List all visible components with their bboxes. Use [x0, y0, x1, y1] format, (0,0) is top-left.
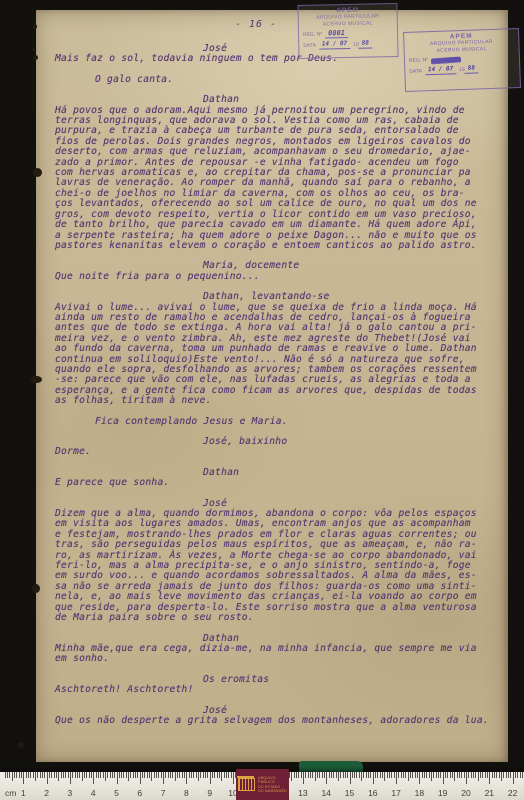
ruler-tick — [75, 772, 76, 778]
ruler-tick — [23, 772, 24, 784]
ruler-tick — [408, 772, 409, 781]
ruler-tick — [16, 772, 17, 778]
archive-logo: ARQUIVO PÚBLICO DO ESTADO DO MARANHÃO — [236, 769, 289, 800]
ruler-tick — [431, 772, 432, 781]
ruler-unit-label: cm — [5, 788, 16, 798]
archive-stamp: APEM ARQUIVO PARTICULAR ACERVO MUSICAL R… — [403, 28, 521, 92]
ruler-tick — [44, 772, 45, 778]
ruler-number: 4 — [91, 788, 96, 798]
ruler-tick — [403, 772, 404, 778]
archive-logo-text: ARQUIVO PÚBLICO DO ESTADO DO MARANHÃO — [258, 776, 287, 793]
ruler-number: 9 — [207, 788, 212, 798]
ruler-tick — [366, 772, 367, 778]
ruler-tick — [140, 772, 141, 784]
ruler-tick — [128, 772, 129, 781]
ruler-tick — [89, 772, 90, 778]
ruler-tick — [70, 772, 71, 784]
ruler-tick — [443, 772, 444, 784]
ruler-tick — [105, 772, 106, 781]
ink-spot — [33, 24, 37, 29]
ruler-number: 17 — [391, 788, 400, 798]
stamp-reg-scribble — [431, 57, 461, 65]
ruler-tick — [98, 772, 99, 778]
ruler-tick — [165, 772, 166, 778]
ruler-tick — [147, 772, 148, 778]
palace-building-icon — [238, 778, 255, 791]
ruler-tick — [154, 772, 155, 778]
ruler-tick — [123, 772, 124, 778]
ruler-tick — [86, 772, 87, 778]
character-heading: Os eromitas — [203, 675, 500, 685]
ink-spot — [33, 55, 38, 60]
ruler-tick — [93, 772, 94, 784]
ruler-tick — [203, 772, 204, 778]
ruler-tick — [368, 772, 369, 778]
ruler-tick — [205, 772, 206, 778]
ruler-tick — [130, 772, 131, 778]
ruler-number: 21 — [485, 788, 494, 798]
dialogue-line: pastores kenanitas elevem o coração e en… — [55, 241, 500, 251]
ruler-tick — [480, 772, 481, 778]
ruler-tick — [103, 772, 104, 778]
ruler-tick — [193, 772, 194, 778]
dialogue-paragraph: Há povos que o adoram.Aqui mesmo já pern… — [55, 106, 500, 252]
ruler-tick — [352, 772, 353, 778]
ruler-tick — [494, 772, 495, 778]
ruler-tick — [54, 772, 55, 778]
ruler-number: 2 — [44, 788, 49, 798]
ruler-tick — [326, 772, 327, 784]
ruler-tick — [315, 772, 316, 781]
ruler-tick — [447, 772, 448, 778]
ink-spot — [31, 376, 42, 383]
stamp-year-hand: 88 — [465, 64, 479, 73]
ruler-tick — [361, 772, 362, 781]
ruler-tick — [489, 772, 490, 784]
ruler-tick — [338, 772, 339, 781]
ruler-tick — [310, 772, 311, 778]
ruler-tick — [312, 772, 313, 778]
document-page: - 16 - JoséMais faz o sol, todavia ningu… — [36, 10, 508, 762]
ruler-tick — [301, 772, 302, 778]
ruler-tick — [501, 772, 502, 781]
ruler-number: 7 — [161, 788, 166, 798]
ruler-tick — [298, 772, 299, 778]
ruler-tick — [51, 772, 52, 778]
dialogue-line: de tanto brilho, que parecia cavado em u… — [55, 220, 500, 230]
ruler-tick — [228, 772, 229, 778]
ruler-tick — [375, 772, 376, 778]
ruler-tick — [305, 772, 306, 778]
ruler-tick — [186, 772, 187, 784]
ruler-tick — [107, 772, 108, 778]
ruler-tick — [163, 772, 164, 784]
ruler-tick — [144, 772, 145, 778]
ruler-tick — [21, 772, 22, 778]
ruler-tick — [333, 772, 334, 778]
script-body: JoséMais faz o sol, todavia ninguem o te… — [55, 44, 500, 726]
ruler-tick — [356, 772, 357, 778]
ruler-tick — [317, 772, 318, 778]
ruler-tick — [454, 772, 455, 781]
ruler-tick — [219, 772, 220, 778]
ruler-tick — [226, 772, 227, 778]
ruler-number: 13 — [298, 788, 307, 798]
ruler-tick — [492, 772, 493, 778]
ruler-tick — [410, 772, 411, 778]
ruler-tick — [377, 772, 378, 778]
ruler-tick — [322, 772, 323, 778]
ruler-tick — [191, 772, 192, 778]
ruler-tick — [172, 772, 173, 778]
ruler-tick — [340, 772, 341, 778]
ruler-tick — [380, 772, 381, 778]
ruler-tick — [401, 772, 402, 778]
ruler-tick — [517, 772, 518, 778]
ink-spot — [32, 48, 35, 51]
ruler-tick — [520, 772, 521, 778]
ruler-tick — [177, 772, 178, 778]
ruler-tick — [30, 772, 31, 778]
ruler-tick — [499, 772, 500, 778]
ruler-tick — [77, 772, 78, 778]
ruler-tick — [336, 772, 337, 778]
ruler-tick — [415, 772, 416, 778]
dialogue-paragraph: Minha mãe,que era cega, dizia-me, na min… — [55, 644, 500, 665]
ruler-tick — [35, 772, 36, 781]
ruler-tick — [445, 772, 446, 778]
ruler-tick — [331, 772, 332, 778]
ruler-tick — [426, 772, 427, 778]
ink-spot — [33, 168, 42, 177]
stage-direction: Fica contemplando Jesus e Maria. — [95, 417, 500, 427]
ruler-tick — [419, 772, 420, 784]
ruler-tick — [345, 772, 346, 778]
ruler-tick — [370, 772, 371, 778]
ruler-tick — [189, 772, 190, 778]
ruler-tick — [65, 772, 66, 778]
ruler-tick — [126, 772, 127, 778]
ruler-tick — [354, 772, 355, 778]
ruler-tick — [184, 772, 185, 778]
ruler-number: 1 — [21, 788, 26, 798]
ruler-tick — [91, 772, 92, 778]
ruler-tick — [324, 772, 325, 778]
stamp-date-label: DATA — [409, 67, 422, 75]
ruler-tick — [384, 772, 385, 781]
ruler-tick — [79, 772, 80, 778]
ruler-tick — [457, 772, 458, 778]
dialogue-line: de Maria paira sobre o seu rosto. — [55, 613, 500, 623]
ruler-tick — [459, 772, 460, 778]
ruler-tick — [200, 772, 201, 778]
ruler-tick — [412, 772, 413, 778]
ruler-tick — [343, 772, 344, 778]
ruler-tick — [508, 772, 509, 778]
ruler-tick — [468, 772, 469, 778]
ruler-number: 19 — [438, 788, 447, 798]
ruler-tick — [68, 772, 69, 778]
stamp-date-value: 14 / 07 — [319, 40, 350, 50]
ruler-tick — [221, 772, 222, 781]
ruler-tick — [440, 772, 441, 778]
ruler-tick — [175, 772, 176, 781]
ruler-tick — [100, 772, 101, 778]
ruler-tick — [58, 772, 59, 781]
ruler-tick — [506, 772, 507, 778]
ruler-number: 16 — [368, 788, 377, 798]
ruler-tick — [117, 772, 118, 784]
ruler-tick — [47, 772, 48, 784]
ruler-tick — [119, 772, 120, 778]
ruler-tick — [72, 772, 73, 778]
ruler-tick — [436, 772, 437, 778]
ruler-tick — [7, 772, 8, 778]
ruler-tick — [14, 772, 15, 778]
ruler-tick — [224, 772, 225, 778]
ruler-tick — [196, 772, 197, 778]
dialogue-line: Minha mãe,que era cega, dizia-me, na min… — [55, 644, 500, 654]
dialogue-paragraph: Dizem que a alma, quando dormimos, aband… — [55, 509, 500, 623]
measuring-ruler: cm 1234567891013141516171819202122 ARQUI… — [0, 772, 524, 800]
ruler-tick — [382, 772, 383, 778]
dialogue-line: em sonho. — [55, 654, 500, 664]
ruler-tick — [347, 772, 348, 778]
dialogue-line: Dorme. — [55, 447, 500, 457]
ruler-tick — [170, 772, 171, 778]
dialogue-line: E parece que sonha. — [55, 478, 500, 488]
ruler-tick — [61, 772, 62, 778]
ruler-tick — [42, 772, 43, 778]
ruler-tick — [466, 772, 467, 784]
stamp-reg-label: REG. Nº — [303, 31, 322, 39]
ruler-tick — [233, 772, 234, 784]
ruler-tick — [438, 772, 439, 778]
ruler-tick — [133, 772, 134, 778]
ruler-tick — [473, 772, 474, 778]
ruler-tick — [156, 772, 157, 778]
ruler-tick — [210, 772, 211, 784]
ruler-tick — [217, 772, 218, 778]
ruler-tick — [417, 772, 418, 778]
ruler-number: 6 — [137, 788, 142, 798]
ruler-tick — [396, 772, 397, 784]
ruler-tick — [112, 772, 113, 778]
ruler-tick — [12, 772, 13, 781]
ruler-number: 15 — [345, 788, 354, 798]
ruler-tick — [84, 772, 85, 778]
dialogue-line: Aschtoreth! Aschtoreth! — [55, 685, 500, 695]
ink-spot — [18, 742, 24, 748]
ruler-tick — [198, 772, 199, 781]
ruler-tick — [151, 772, 152, 781]
ruler-tick — [503, 772, 504, 778]
ruler-tick — [319, 772, 320, 778]
ruler-tick — [394, 772, 395, 778]
ruler-tick — [212, 772, 213, 778]
dialogue-line: ao fundo da caverna, toma um punhado de … — [55, 344, 500, 354]
ruler-tick — [363, 772, 364, 778]
ruler-tick — [510, 772, 511, 778]
ruler-tick — [82, 772, 83, 781]
ruler-tick — [214, 772, 215, 778]
ruler-tick — [294, 772, 295, 778]
ruler-tick — [19, 772, 20, 778]
ruler-tick — [464, 772, 465, 778]
dialogue-paragraph: Avivai o lume... avivai o lume, que se q… — [55, 303, 500, 407]
ruler-tick — [63, 772, 64, 778]
ruler-tick — [161, 772, 162, 778]
archive-stamp: APEM ARQUIVO PARTICULAR ACERVO MUSICAL R… — [297, 3, 398, 59]
ruler-tick — [182, 772, 183, 778]
ruler-tick — [433, 772, 434, 778]
scan-background: - 16 - JoséMais faz o sol, todavia ningu… — [0, 0, 524, 800]
ruler-tick — [478, 772, 479, 781]
ruler-tick — [179, 772, 180, 778]
dialogue-line: Que noite fria para o pequenino... — [55, 272, 500, 282]
dialogue-line: Que os não desperte a grita selvagem dos… — [55, 716, 500, 726]
stamp-reg-label: REG. Nº — [409, 56, 428, 65]
stamp-date-label: DATA — [303, 42, 316, 50]
logo-line: DO MARANHÃO — [258, 789, 287, 793]
ruler-tick — [56, 772, 57, 778]
ruler-number: 18 — [415, 788, 424, 798]
ruler-tick — [359, 772, 360, 778]
ruler-tick — [33, 772, 34, 778]
ruler-tick — [37, 772, 38, 778]
ruler-tick — [515, 772, 516, 778]
ruler-tick — [350, 772, 351, 784]
ruler-tick — [9, 772, 10, 778]
ruler-tick — [121, 772, 122, 778]
ruler-number: 5 — [114, 788, 119, 798]
ruler-tick — [28, 772, 29, 778]
ruler-tick — [168, 772, 169, 778]
ruler-tick — [114, 772, 115, 778]
ruler-tick — [149, 772, 150, 778]
ruler-tick — [461, 772, 462, 778]
ruler-tick — [110, 772, 111, 778]
ruler-tick — [482, 772, 483, 778]
character-heading: Dathan — [203, 468, 500, 478]
ruler-number: 22 — [508, 788, 517, 798]
ruler-tick — [158, 772, 159, 778]
ruler-tick — [387, 772, 388, 778]
ruler-tick — [40, 772, 41, 778]
ruler-tick — [373, 772, 374, 784]
stamp-year-hand: 88 — [359, 40, 372, 49]
ink-spot — [32, 584, 40, 593]
ruler-tick — [291, 772, 292, 781]
ruler-tick — [49, 772, 50, 778]
ruler-number: 14 — [321, 788, 330, 798]
ruler-tick — [231, 772, 232, 778]
ruler-number: 3 — [68, 788, 73, 798]
stamp-reg-value: 0801 — [325, 29, 348, 38]
ruler-tick — [475, 772, 476, 778]
character-heading: Dathan, levantando-se — [203, 292, 500, 302]
ruler-number: 20 — [461, 788, 470, 798]
ruler-tick — [5, 772, 6, 778]
ruler-tick — [405, 772, 406, 778]
ruler-tick — [452, 772, 453, 778]
character-heading: José, baixinho — [203, 437, 500, 447]
ruler-tick — [424, 772, 425, 778]
ruler-tick — [496, 772, 497, 778]
ruler-tick — [296, 772, 297, 778]
ruler-tick — [485, 772, 486, 778]
ruler-tick — [137, 772, 138, 778]
ruler-tick — [26, 772, 27, 778]
ruler-tick — [398, 772, 399, 778]
ruler-tick — [471, 772, 472, 778]
ruler-tick — [450, 772, 451, 778]
stamp-date-value: 14 / 07 — [425, 65, 457, 75]
ruler-tick — [422, 772, 423, 778]
dialogue-line: as folhas, tiritam à neve. — [55, 396, 500, 406]
ruler-tick — [207, 772, 208, 778]
ruler-tick — [487, 772, 488, 778]
ruler-tick — [522, 772, 523, 778]
ruler-tick — [391, 772, 392, 778]
ruler-tick — [142, 772, 143, 778]
ruler-tick — [513, 772, 514, 784]
ruler-tick — [308, 772, 309, 778]
ruler-tick — [329, 772, 330, 778]
ruler-number: 8 — [184, 788, 189, 798]
ruler-tick — [389, 772, 390, 778]
ruler-tick — [429, 772, 430, 778]
ruler-tick — [135, 772, 136, 778]
ruler-tick — [303, 772, 304, 784]
ruler-tick — [289, 772, 290, 778]
ruler-tick — [96, 772, 97, 778]
